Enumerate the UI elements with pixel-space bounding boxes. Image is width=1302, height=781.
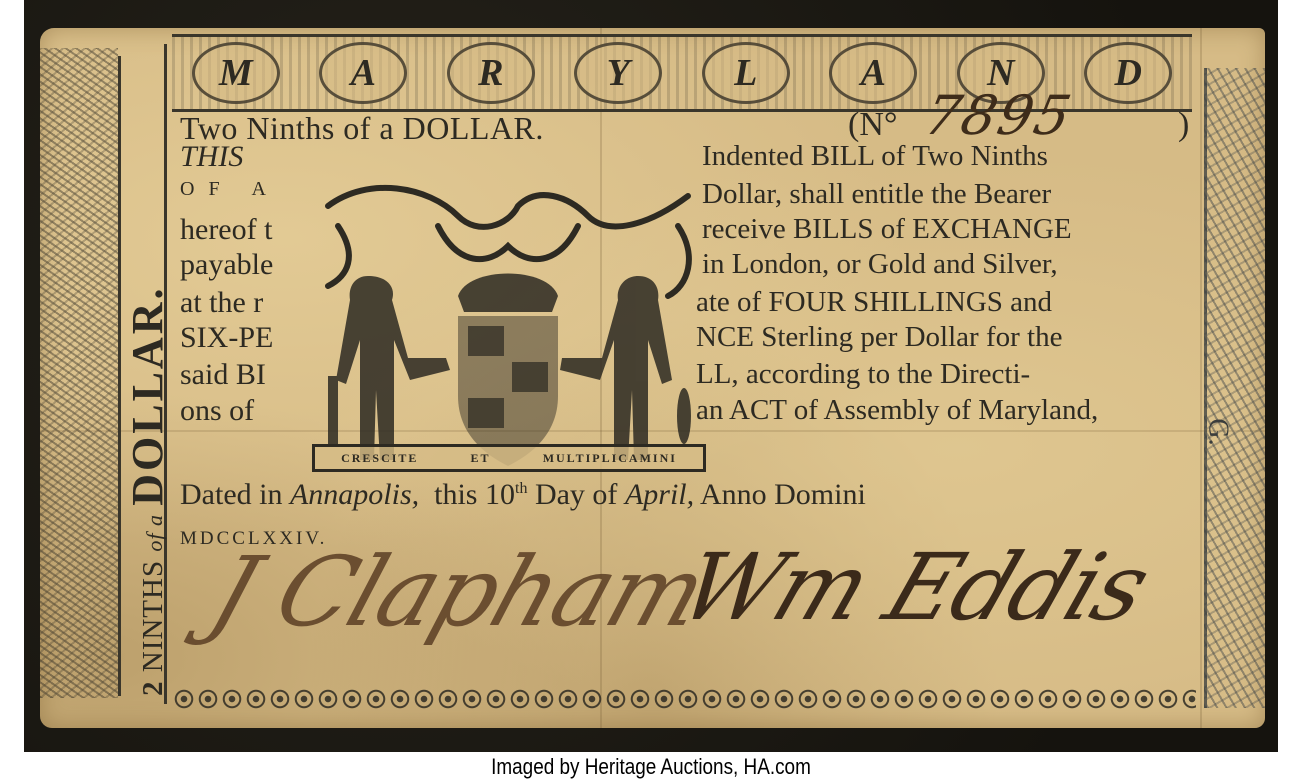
right-text-line: NCE Sterling per Dollar for the xyxy=(696,321,1062,354)
date-line: Dated in Annapolis, this 10th Day of Apr… xyxy=(180,478,866,512)
border-rule xyxy=(118,56,121,696)
colonial-banknote: 2 NINTHS of a DOLLAR. MARYLAND G. Two Ni… xyxy=(40,28,1265,728)
left-ornamental-border xyxy=(40,48,118,698)
fold-crease xyxy=(1200,28,1202,728)
side-of: of a xyxy=(142,514,167,552)
side-unit: DOLLAR. xyxy=(123,286,172,506)
motto-ribbon: CRESCITEETMULTIPLICAMINI xyxy=(312,444,706,472)
image-credit: Imaged by Heritage Auctions, HA.com xyxy=(91,752,1211,781)
banner-letter: R xyxy=(447,42,535,104)
left-text-line: at the r xyxy=(180,286,263,320)
bottom-ornamental-border xyxy=(172,684,1196,714)
left-text-line: said BI xyxy=(180,358,266,392)
banner-letter: A xyxy=(319,42,407,104)
date-day: this 10 xyxy=(434,478,515,511)
left-text-line: SIX-PE xyxy=(180,321,273,355)
serial-number: 7895 xyxy=(919,84,1078,147)
right-text-line: LL, according to the Directi- xyxy=(696,358,1030,391)
date-day-of: Day of xyxy=(535,478,617,511)
banner-letter: L xyxy=(702,42,790,104)
right-text-line: Dollar, shall entitle the Bearer xyxy=(702,178,1051,211)
signature-clapham: J Clapham xyxy=(198,536,718,648)
serial-number-block: (N° 7895 ) xyxy=(848,106,897,144)
right-text-line: an ACT of Assembly of Maryland, xyxy=(696,394,1098,427)
side-words: NINTHS xyxy=(137,560,169,672)
banner-letter: A xyxy=(829,42,917,104)
right-text-line: receive BILLS of EXCHANGE xyxy=(702,213,1072,246)
side-number: 2 xyxy=(137,681,169,697)
date-prefix: Dated in xyxy=(180,478,282,511)
right-text-line: Indented BILL of Two Ninths xyxy=(702,140,1048,173)
right-ornamental-border xyxy=(1204,68,1265,708)
left-text-line: payable xyxy=(180,248,273,282)
banner-letter: D xyxy=(1084,42,1172,104)
banner-letter: Y xyxy=(574,42,662,104)
left-text-line: THIS xyxy=(180,140,243,174)
serial-prefix: (N° xyxy=(848,106,897,143)
left-text-line: hereof t xyxy=(180,213,272,247)
left-text-line: OF A xyxy=(180,178,280,201)
coat-of-arms-vignette xyxy=(308,166,708,472)
date-ordinal: th xyxy=(515,480,527,497)
left-text-line: ons of xyxy=(180,394,254,428)
serial-suffix: ) xyxy=(1178,106,1189,144)
date-month: April, xyxy=(625,478,694,511)
date-anno: Anno Domini xyxy=(700,478,866,511)
signature-eddis: Wm Eddis xyxy=(667,534,1163,641)
right-text-line: in London, or Gold and Silver, xyxy=(702,248,1058,281)
motto-word: ET xyxy=(471,451,491,466)
motto-word: MULTIPLICAMINI xyxy=(543,451,677,466)
side-denomination-text: 2 NINTHS of a DOLLAR. xyxy=(122,56,162,696)
date-place: Annapolis, xyxy=(290,478,419,511)
right-border-letter: G. xyxy=(1201,418,1233,445)
banner-letter: M xyxy=(192,42,280,104)
motto-word: CRESCITE xyxy=(341,451,418,466)
right-text-line: ate of FOUR SHILLINGS and xyxy=(696,286,1052,319)
